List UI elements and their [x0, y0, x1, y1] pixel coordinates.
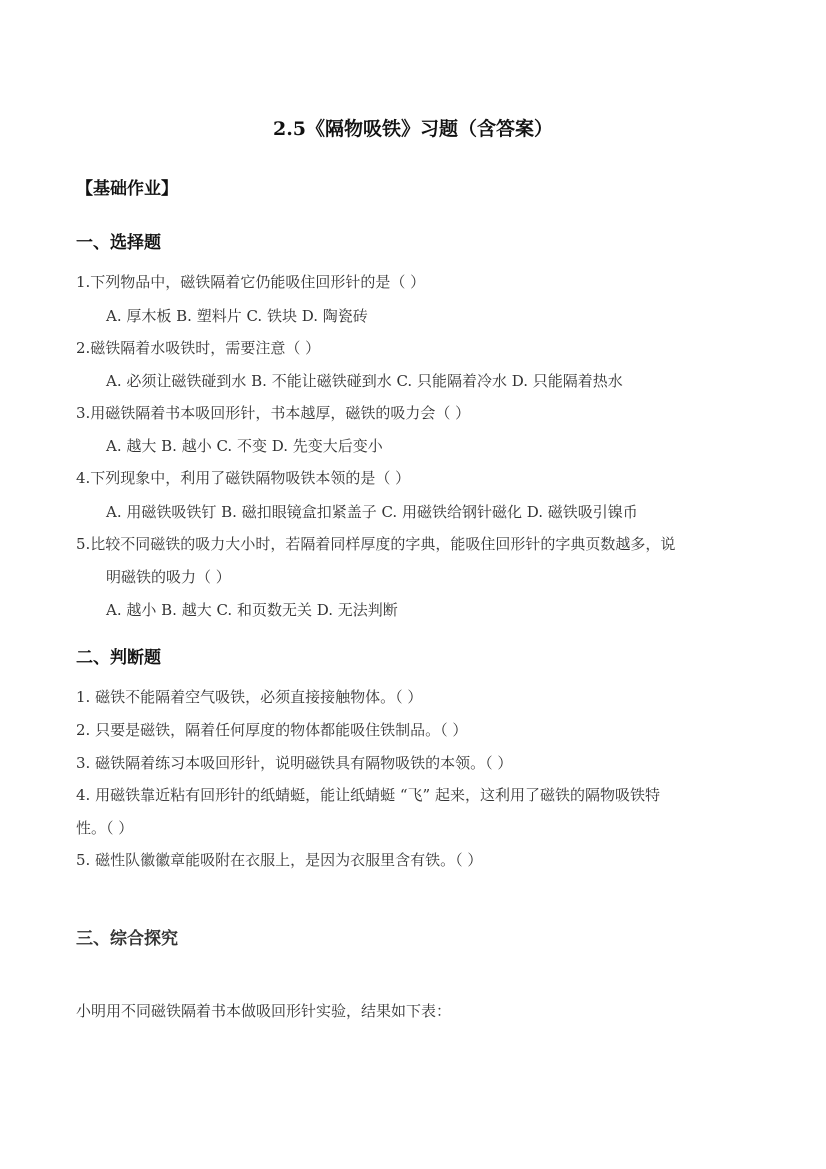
basic-section-heading: 【基础作业】 [76, 174, 178, 199]
choice-question-4: 4.下列现象中，利用了磁铁隔物吸铁本领的是（ ） [76, 467, 410, 488]
judge-item-4: 4. 用磁铁靠近粘有回形针的纸蜻蜓，能让纸蜻蜓 “飞” 起来，这利用了磁铁的隔物… [76, 784, 660, 805]
choice-options-5: A. 越小 B. 越大 C. 和页数无关 D. 无法判断 [106, 599, 398, 620]
judge-item-1: 1. 磁铁不能隔着空气吸铁，必须直接接触物体。（ ） [76, 686, 422, 707]
judge-item-2: 2. 只要是磁铁，隔着任何厚度的物体都能吸住铁制品。（ ） [76, 719, 467, 740]
choice-question-5-cont: 明磁铁的吸力（ ） [106, 566, 231, 587]
choice-options-1: A. 厚木板 B. 塑料片 C. 铁块 D. 陶瓷砖 [106, 305, 368, 326]
choice-heading: 一、选择题 [76, 228, 161, 253]
choice-options-2: A. 必须让磁铁碰到水 B. 不能让磁铁碰到水 C. 只能隔着冷水 D. 只能隔… [106, 370, 623, 391]
choice-options-4: A. 用磁铁吸铁钉 B. 磁扣眼镜盒扣紧盖子 C. 用磁铁给钢针磁化 D. 磁铁… [106, 501, 638, 522]
choice-question-3: 3.用磁铁隔着书本吸回形针，书本越厚，磁铁的吸力会（ ） [76, 402, 470, 423]
judge-item-3: 3. 磁铁隔着练习本吸回形针，说明磁铁具有隔物吸铁的本领。（ ） [76, 752, 512, 773]
judge-heading: 二、判断题 [76, 643, 161, 668]
inquiry-heading: 三、综合探究 [76, 924, 178, 949]
inquiry-intro: 小明用不同磁铁隔着书本做吸回形针实验，结果如下表： [76, 1000, 451, 1021]
choice-question-5: 5.比较不同磁铁的吸力大小时，若隔着同样厚度的字典，能吸住回形针的字典页数越多，… [76, 533, 675, 554]
document-title: 2.5《隔物吸铁》习题（含答案） [0, 114, 826, 141]
judge-item-4-cont: 性。（ ） [76, 817, 133, 838]
judge-item-5: 5. 磁性队徽徽章能吸附在衣服上，是因为衣服里含有铁。（ ） [76, 849, 482, 870]
choice-question-2: 2.磁铁隔着水吸铁时，需要注意（ ） [76, 337, 320, 358]
choice-options-3: A. 越大 B. 越小 C. 不变 D. 先变大后变小 [106, 435, 383, 456]
choice-question-1: 1.下列物品中，磁铁隔着它仍能吸住回形针的是（ ） [76, 271, 425, 292]
